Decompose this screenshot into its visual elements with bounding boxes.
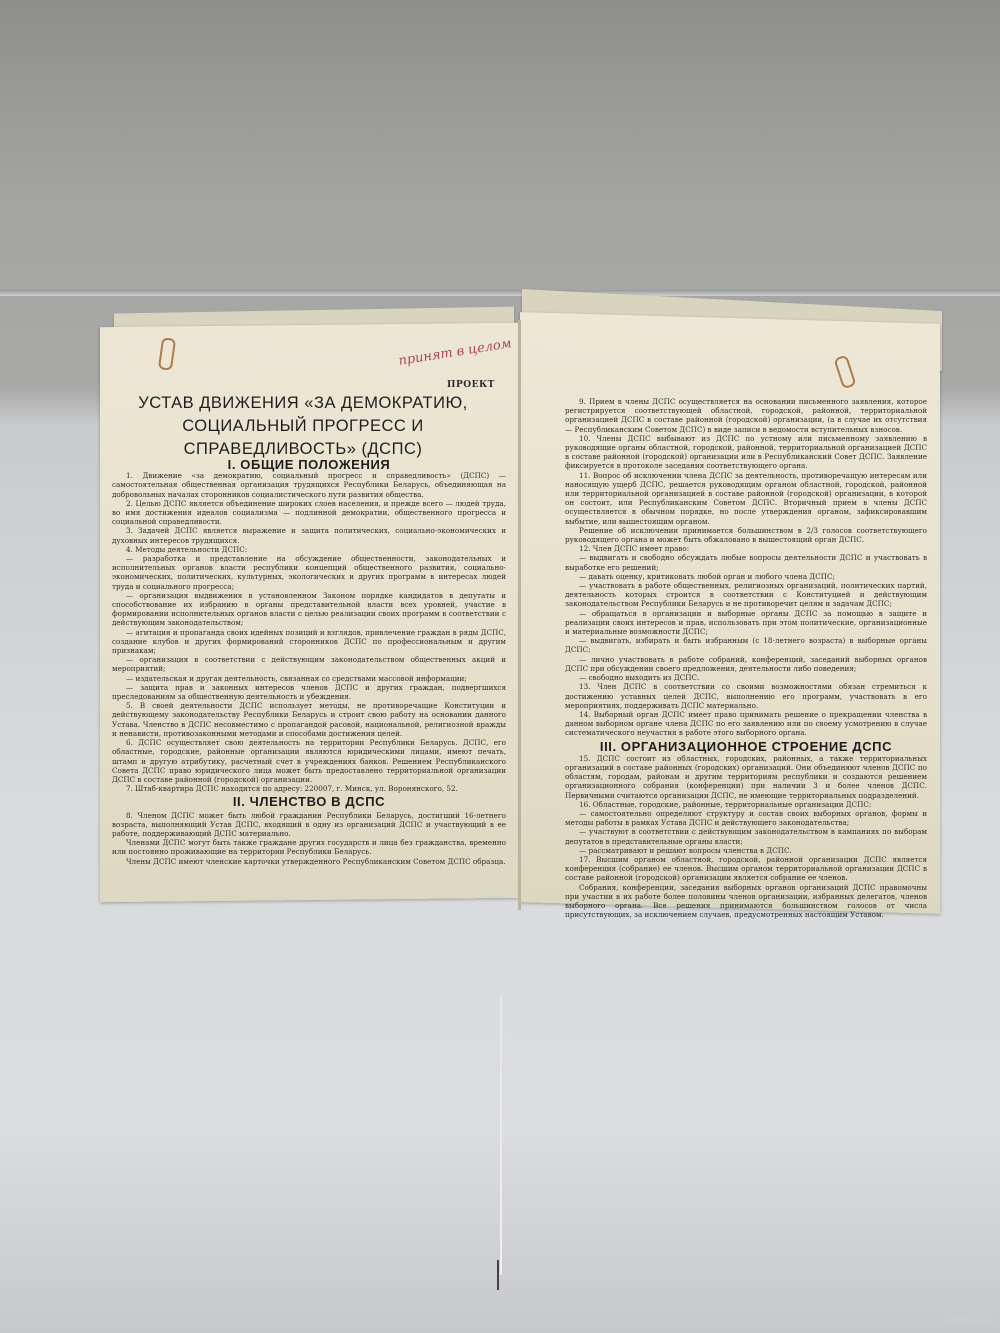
paragraph: Членами ДСПС могут быть также граждане д… [112,838,506,856]
paragraph: — агитация и пропаганда своих идейных по… [112,628,506,656]
paragraph: — выдвигать, избирать и быть избранным (… [565,636,927,654]
paragraph: 7. Штаб-квартира ДСПС находится по адрес… [112,784,506,793]
paragraph: Члены ДСПС имеют членские карточки утвер… [112,857,506,866]
paragraph: 8. Членом ДСПС может быть любой граждани… [112,811,506,839]
paragraph: 3. Задачей ДСПС является выражение и защ… [112,526,506,544]
title-line: УСТАВ ДВИЖЕНИЯ «ЗА ДЕМОКРАТИЮ, [138,392,468,415]
paragraph: — разработка и представление на обсужден… [112,554,506,591]
paragraph: — защита прав и законных интересов члено… [112,683,506,701]
paragraph: 14. Выборный орган ДСПС имеет право прин… [565,710,927,738]
table-seam [500,995,502,1275]
paragraph: — организация выдвижения в установленном… [112,591,506,628]
section-heading: II. ЧЛЕНСТВО В ДСПС [112,797,506,806]
table-edge-mark [497,1260,499,1290]
paragraph: 4. Методы деятельности ДСПС: [112,545,506,554]
paragraph: 12. Член ДСПС имеет право: [565,544,927,553]
section-body: 8. Членом ДСПС может быть любой граждани… [112,811,506,866]
paragraph: — давать оценку, критиковать любой орган… [565,572,927,581]
title-line: СОЦИАЛЬНЫЙ ПРОГРЕСС И [138,415,468,438]
paragraph: Собрания, конференции, заседания выборны… [565,883,927,920]
paragraph: — обращаться в организации и выборные ор… [565,609,927,637]
watermark: www.ay.by [948,1315,990,1325]
paragraph: 15. ДСПС состоит из областных, городских… [565,754,927,800]
page-fold [518,320,521,910]
paragraph: 1. Движение «за демократию, социальный п… [112,471,506,499]
draft-stamp: ПРОЕКТ [447,380,495,390]
paragraph: — участвовать в работе общественных, рел… [565,581,927,609]
paragraph: 17. Высшим органом областной, городской,… [565,855,927,883]
paragraph: 6. ДСПС осуществляет свою деятельность н… [112,738,506,784]
paragraph: — выдвигать и свободно обсуждать любые в… [565,553,927,571]
section-body: 9. Прием в члены ДСПС осуществляется на … [565,397,927,738]
section-body: 15. ДСПС состоит из областных, городских… [565,754,927,920]
paragraph: — издательская и другая деятельность, св… [112,674,506,683]
section-heading: III. ОРГАНИЗАЦИОННОЕ СТРОЕНИЕ ДСПС [565,742,927,751]
paragraph: 16. Областные, городские, районные, терр… [565,800,927,809]
left-column: I. ОБЩИЕ ПОЛОЖЕНИЯ 1. Движение «за демок… [112,460,506,866]
document-title: УСТАВ ДВИЖЕНИЯ «ЗА ДЕМОКРАТИЮ, СОЦИАЛЬНЫ… [138,392,468,461]
section-heading: I. ОБЩИЕ ПОЛОЖЕНИЯ [112,460,506,469]
paragraph: 11. Вопрос об исключении члена ДСПС за д… [565,471,927,526]
paragraph: 5. В своей деятельности ДСПС использует … [112,701,506,738]
paragraph: — рассматривают и решают вопросы членств… [565,846,927,855]
paragraph: — участвуют в соответствии с действующим… [565,827,927,845]
section-body: 1. Движение «за демократию, социальный п… [112,471,506,793]
paragraph: — лично участвовать в работе собраний, к… [565,655,927,673]
paragraph: 9. Прием в члены ДСПС осуществляется на … [565,397,927,434]
right-column: 9. Прием в члены ДСПС осуществляется на … [565,397,927,919]
paragraph: — свободно выходить из ДСПС. [565,673,927,682]
paragraph: 13. Член ДСПС в соответствии со своими в… [565,682,927,710]
paragraph: — организация в соответствии с действующ… [112,655,506,673]
paragraph: Решение об исключении принимается больши… [565,526,927,544]
paragraph: 2. Целью ДСПС является объединение широк… [112,499,506,527]
paragraph: — самостоятельно определяют структуру и … [565,809,927,827]
paragraph: 10. Члены ДСПС выбывают из ДСПС по устно… [565,434,927,471]
wall-edge [0,290,1000,296]
